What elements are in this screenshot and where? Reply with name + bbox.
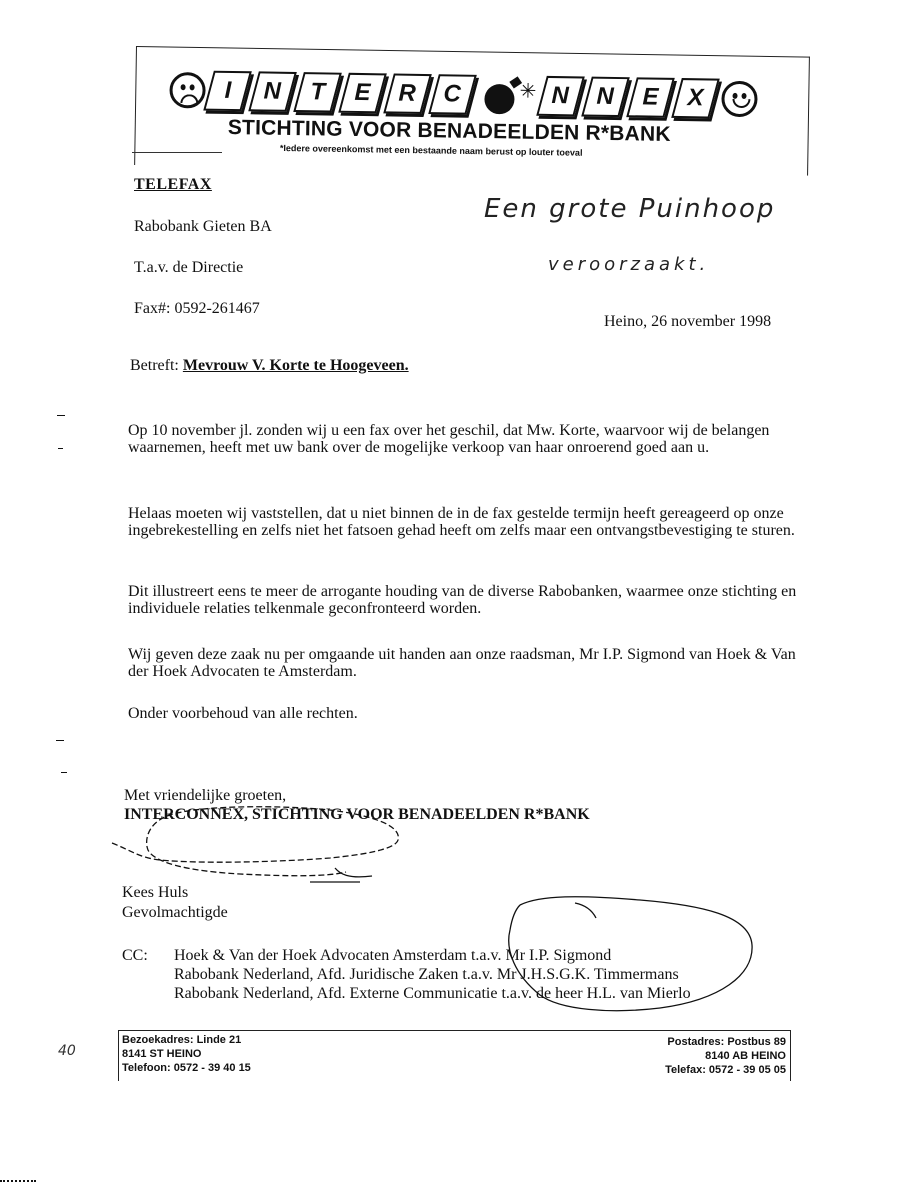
logo-key: C (428, 74, 477, 114)
logo-letter: N (264, 77, 282, 105)
cc-recipient: Hoek & Van der Hoek Advocaten Amsterdam … (174, 946, 691, 965)
cc-recipient: Rabobank Nederland, Afd. Juridische Zake… (174, 965, 691, 984)
paragraph-text: Helaas moeten wij vaststellen, dat u nie… (128, 505, 798, 539)
logo-letter: N (596, 83, 614, 111)
place-date: Heino, 26 november 1998 (604, 313, 771, 331)
greeting: Met vriendelijke groeten, (124, 786, 590, 805)
logo-letter: T (310, 78, 325, 106)
attention-line: T.a.v. de Directie (134, 259, 243, 277)
signer-block: Kees Huls Gevolmachtigde (122, 883, 228, 923)
scan-dots (0, 1180, 36, 1184)
scan-mark (57, 415, 65, 416)
scan-mark (56, 740, 64, 741)
body-paragraph: Onder voorbehoud van alle rechten. (128, 705, 798, 722)
sad-face-icon (169, 72, 206, 109)
logo-letter: E (354, 79, 370, 107)
visit-address-line: 8141 ST HEINO (122, 1047, 592, 1061)
cc-list: Hoek & Van der Hoek Advocaten Amsterdam … (174, 946, 691, 1003)
postal-fax: Telefax: 0572 - 39 05 05 (590, 1063, 786, 1077)
fax-number: Fax#: 0592-261467 (134, 300, 260, 318)
postal-address-box: Postadres: Postbus 89 8140 AB HEINO Tele… (590, 1030, 791, 1081)
logo-key: T (293, 72, 342, 112)
document-type: TELEFAX (134, 176, 212, 194)
organization-signature: INTERCONNEX, STICHTING VOOR BENADEELDEN … (124, 805, 590, 824)
postal-address-line: Postadres: Postbus 89 (590, 1035, 786, 1049)
visit-address-line: Bezoekadres: Linde 21 (122, 1033, 592, 1047)
body-paragraph: Helaas moeten wij vaststellen, dat u nie… (128, 505, 798, 539)
logo-letter: X (687, 84, 703, 112)
logo-letter: E (642, 83, 658, 111)
logo-key: I (203, 71, 252, 111)
logo-key: E (338, 73, 387, 113)
postal-address-line: 8140 AB HEINO (590, 1049, 786, 1063)
scan-mark (58, 448, 63, 449)
logo-key: X (671, 78, 720, 118)
logo-key: E (626, 77, 675, 117)
paragraph-text: Wij geven deze zaak nu per omgaande uit … (128, 646, 798, 680)
handwritten-note-line2: veroorzaakt. (548, 254, 709, 275)
logo-letter: C (444, 80, 462, 108)
subject-label: Betreft: (130, 357, 179, 374)
logo-key: R (383, 74, 432, 114)
scan-mark (61, 772, 67, 773)
handwritten-page-number: 40 (58, 1043, 76, 1059)
closing-block: Met vriendelijke groeten, INTERCONNEX, S… (124, 786, 590, 824)
logo-key: N (536, 76, 585, 116)
paragraph-text: Onder voorbehoud van alle rechten. (128, 705, 798, 722)
logo-letter: N (551, 82, 569, 110)
divider (132, 152, 222, 153)
signer-title: Gevolmachtigde (122, 903, 228, 923)
recipient: Rabobank Gieten BA (134, 218, 272, 236)
subject-value: Mevrouw V. Korte te Hoogeveen. (183, 357, 409, 374)
bomb-icon (484, 84, 514, 114)
subject-line: Betreft: Mevrouw V. Korte te Hoogeveen. (130, 357, 409, 375)
cc-recipient: Rabobank Nederland, Afd. Externe Communi… (174, 984, 691, 1003)
visit-address-box: Bezoekadres: Linde 21 8141 ST HEINO Tele… (118, 1030, 592, 1081)
body-paragraph: Op 10 november jl. zonden wij u een fax … (128, 422, 798, 456)
logo-letter: R (399, 80, 417, 108)
cc-label: CC: (122, 946, 148, 965)
body-paragraph: Wij geven deze zaak nu per omgaande uit … (128, 646, 798, 680)
paragraph-text: Dit illustreert eens te meer de arrogant… (128, 583, 798, 617)
logo-key: N (248, 71, 297, 111)
paragraph-text: Op 10 november jl. zonden wij u een fax … (128, 422, 798, 456)
logo-key: N (581, 77, 630, 117)
body-paragraph: Dit illustreert eens te meer de arrogant… (128, 583, 798, 617)
signer-name: Kees Huls (122, 883, 228, 903)
handwritten-note-line1: Een grote Puinhoop (484, 194, 775, 224)
logo-letter: I (224, 77, 231, 105)
visit-phone: Telefoon: 0572 - 39 40 15 (122, 1061, 592, 1075)
happy-face-icon (721, 81, 758, 118)
